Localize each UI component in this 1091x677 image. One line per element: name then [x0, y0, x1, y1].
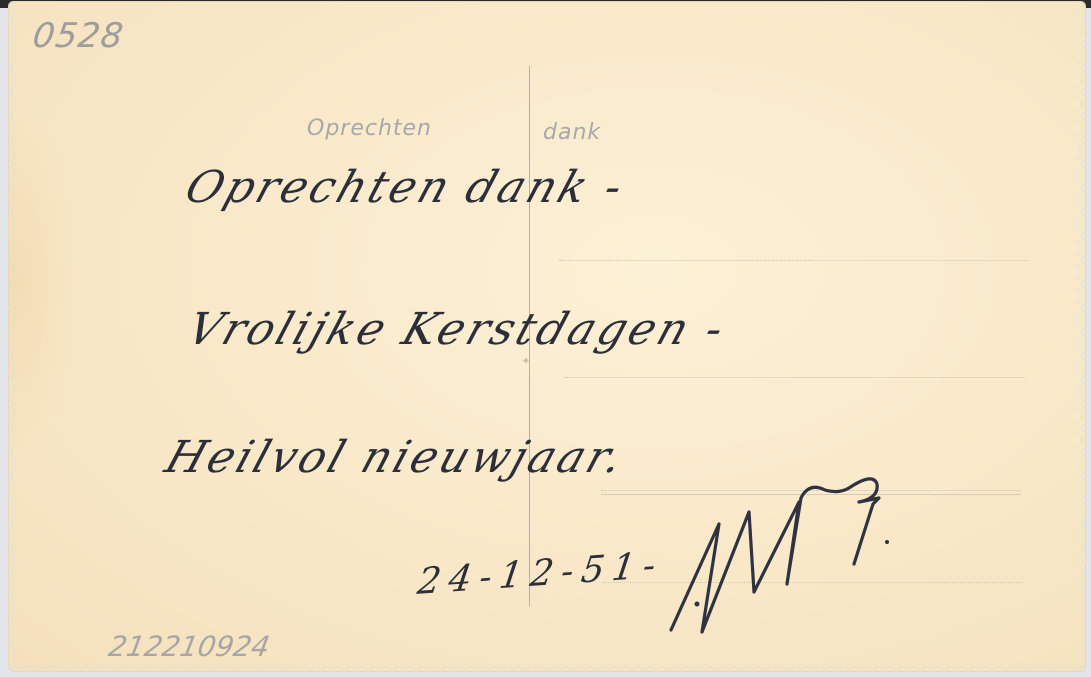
scan-background: 0528 212210924 Oprechten dank ✦ Oprechte… [0, 0, 1091, 677]
address-line-2 [564, 377, 1026, 378]
message-line-3: Heilvol nieuwjaar. [159, 432, 632, 483]
address-line-1 [559, 260, 1027, 261]
deckle-edge-bottom [9, 664, 1085, 671]
postcard: 0528 212210924 Oprechten dank ✦ Oprechte… [9, 2, 1085, 671]
message-line-1: Oprechten dank - [179, 162, 632, 213]
pencil-transcription-word2: dank [543, 120, 601, 145]
signature [649, 462, 919, 642]
message-line-2: Vrolijke Kerstdagen - [181, 304, 733, 355]
printed-mark: ✦ [519, 356, 532, 365]
handwritten-date: 24-12-51- [415, 544, 666, 603]
pencil-transcription-word1: Oprechten [307, 116, 432, 141]
paper-stain [9, 102, 79, 462]
archive-number-bottom: 212210924 [106, 630, 272, 663]
archive-number-top: 0528 [30, 16, 126, 56]
